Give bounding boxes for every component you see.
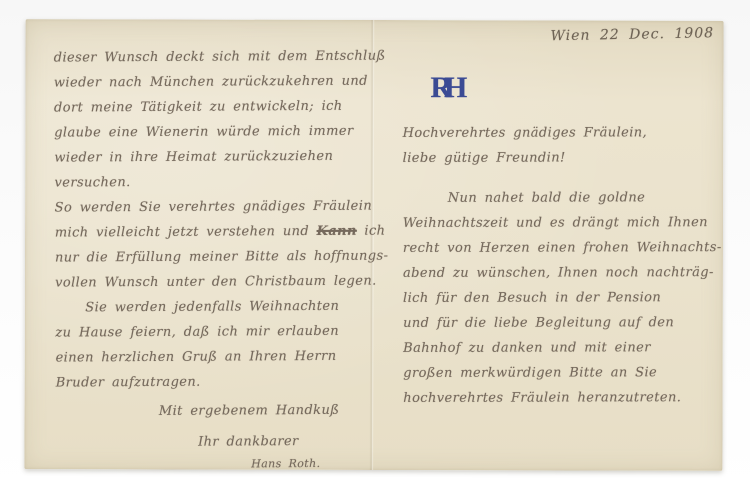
letter-line: Sie werden jedenfalls Weihnachten xyxy=(55,294,373,321)
letter-paper: Wien 22 Dec. 1908 RH dieser Wunsch deckt… xyxy=(24,19,723,471)
letter-line: vollen Wunsch unter den Christbaum legen… xyxy=(55,269,373,296)
salutation-line: Hochverehrtes gnädiges Fräulein, xyxy=(403,120,728,146)
letter-line: Bahnhof zu danken und mit einer xyxy=(403,335,728,361)
letter-scan-photo: Wien 22 Dec. 1908 RH dieser Wunsch deckt… xyxy=(0,0,750,494)
letter-line: zu Hause feiern, daß ich mir erlauben xyxy=(55,319,373,346)
signature: Hans Roth. xyxy=(251,454,374,475)
valediction: Ihr dankbarer xyxy=(198,429,374,455)
letter-line: wieder in ihre Heimat zurückzuziehen xyxy=(54,144,372,171)
letter-line: versuchen. xyxy=(54,169,372,196)
rh-monogram-icon: RH xyxy=(430,72,459,104)
letter-left-page: dieser Wunsch deckt sich mit dem Entschl… xyxy=(54,44,375,476)
letter-text: mich vielleicht jetzt verstehen und xyxy=(55,224,309,241)
letter-line: einen herzlichen Gruß an Ihren Herrn xyxy=(55,344,373,371)
letter-line: glaube eine Wienerin würde mich immer xyxy=(54,119,372,146)
struck-word: Kann xyxy=(317,224,357,239)
closing-formula: Mit ergebenem Handkuß xyxy=(159,398,374,424)
letter-line: So werden Sie verehrtes gnädiges Fräulei… xyxy=(55,194,373,221)
letter-line: abend zu wünschen, Ihnen noch nachträg- xyxy=(403,260,728,286)
letter-line: recht von Herzen einen frohen Weihnachts… xyxy=(403,235,728,261)
date-line: Wien 22 Dec. 1908 xyxy=(550,25,720,44)
letter-line: nur die Erfüllung meiner Bitte als hoffn… xyxy=(55,244,373,271)
letter-line: wieder nach München zurückzukehren und xyxy=(54,69,372,96)
letter-line: Weihnachtszeit und es drängt mich Ihnen xyxy=(403,210,728,236)
letter-text: ich xyxy=(364,224,385,239)
letter-line: dieser Wunsch deckt sich mit dem Entschl… xyxy=(54,44,372,71)
letter-right-page: Hochverehrtes gnädiges Fräulein, liebe g… xyxy=(403,120,729,411)
letter-line: und für die liebe Begleitung auf den xyxy=(403,310,728,336)
salutation-line: liebe gütige Freundin! xyxy=(403,145,728,171)
letter-line: großen merkwürdigen Bitte an Sie xyxy=(403,360,728,386)
letter-line-with-strikethrough: mich vielleicht jetzt verstehen und Kann… xyxy=(55,219,373,246)
letter-line: Bruder aufzutragen. xyxy=(56,369,374,396)
letter-line: Nun nahet bald die goldne xyxy=(403,185,728,211)
letter-line: hochverehrtes Fräulein heranzutreten. xyxy=(403,385,728,411)
letter-line: dort meine Tätigkeit zu entwickeln; ich xyxy=(54,94,372,121)
letter-line: lich für den Besuch in der Pension xyxy=(403,285,728,311)
